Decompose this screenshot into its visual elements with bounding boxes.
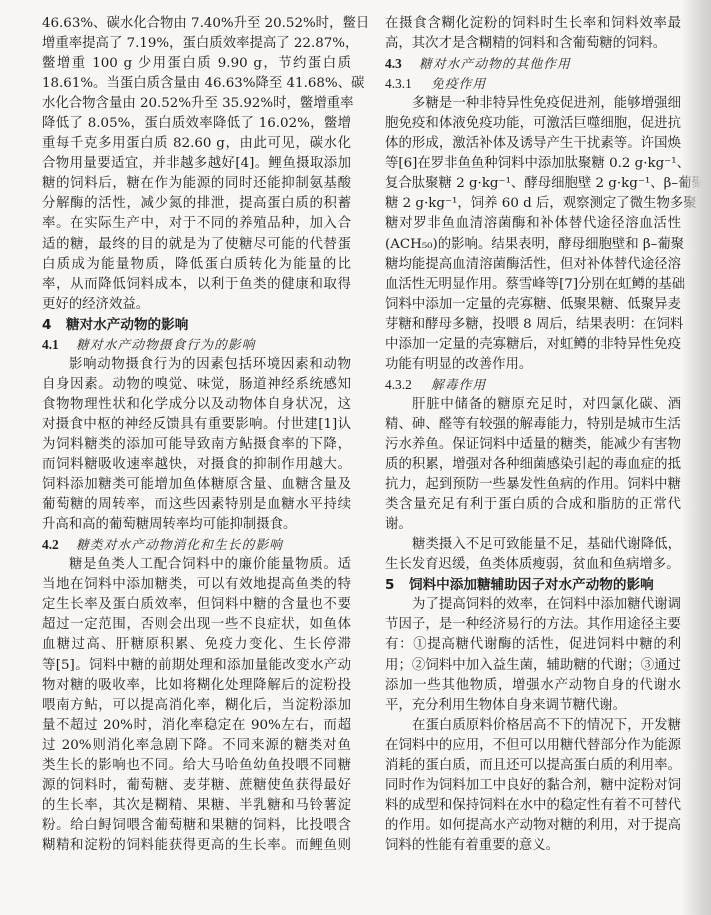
text-line: 等[5]。饲料中糖的前期处理和添加量能改变水产动 [42, 656, 351, 676]
text-line: 对摄食中枢的神经反馈具有重要影响。付世建[1]认 [42, 415, 351, 435]
text-line: 糖 2 g·kg⁻¹，饲养 60 d 后，观察测定了微生物多聚 [385, 194, 681, 214]
heading-title: 解毒作用 [431, 378, 486, 393]
text-line: 粉。给白鲟饲喂含葡萄糖和果糖的饲料，比投喂含 [42, 816, 351, 836]
subsection-heading: 4.1糖对水产动物摄食行为的影响 [42, 335, 351, 355]
text-line: 率，从而降低饲料成本，以利于鱼类的健康和取得 [42, 275, 351, 295]
text-line: 18.61%。当蛋白质含量由 46.63%降至 41.68%、碳 [42, 74, 351, 94]
text-line: 超过一定范围，否则会出现一些不良症状，如鱼体 [42, 615, 351, 635]
text-line: 定生长率及蛋白质效率，但饲料中糖的含量也不要 [42, 595, 351, 615]
subsubsection-heading: 4.3.2解毒作用 [385, 375, 681, 395]
text-line: 影响动物摄食行为的因素包括环境因素和动物 [42, 355, 351, 375]
left-column: 46.63%、碳水化合物由 7.40%升至 20.52%时，鳖日增重率提高了 7… [42, 14, 351, 856]
text-line: 46.63%、碳水化合物由 7.40%升至 20.52%时，鳖日 [42, 14, 351, 34]
text-line: 中添加一定量的壳寡糖后，对虹鳟的非特异性免疫 [385, 335, 681, 355]
text-line: 增重率提高了 7.19%，蛋白质效率提高了 22.87%， [42, 34, 351, 54]
text-line: 量不超过 20%时，消化率稳定在 90%左右，而超 [42, 716, 351, 736]
text-line: 消耗的蛋白质，而且还可以提高蛋白质的利用率。 [385, 756, 681, 776]
text-line: 糊精和淀粉的饲料能获得更高的生长率。而鲤鱼则 [42, 836, 351, 856]
section-heading: 4糖对水产动物的影响 [42, 315, 351, 335]
text-line: 料的成型和保持饲料在水中的稳定性有着不可替代 [385, 796, 681, 816]
text-line: 血活性无明显作用。蔡雪峰等[7]分别在虹鳟的基础 [385, 275, 681, 295]
text-line: 源的饲料时，葡萄糖、麦芽糖、蔗糖使鱼获得最好 [42, 776, 351, 796]
subsection-heading: 4.3糖对水产动物的其他作用 [385, 54, 681, 74]
text-line: 的作用。如何提高水产动物对糖的利用，对于提高 [385, 816, 681, 836]
text-line: 而饲料糖吸收速率越快，对摄食的抑制作用越大。 [42, 455, 351, 475]
text-line: 自身因素。动物的嗅觉、味觉，肠道神经系统感知 [42, 375, 351, 395]
text-line: 质的积累，增强对各种细菌感染引起的毒血症的抵 [385, 455, 681, 475]
text-line: 节因子，是一种经济易行的方法。其作用途径主要 [385, 615, 681, 635]
text-line: 白质成为能量物质，降低蛋白质转化为能量的比 [42, 255, 351, 275]
text-line: 糖类摄入不足可致能量不足，基础代谢降低， [385, 535, 681, 555]
text-line: 等[6]在罗非鱼鱼种饲料中添加肽聚糖 0.2 g·kg⁻¹、 [385, 154, 681, 174]
text-line: 升高和高的葡萄糖周转率均可能抑制摄食。 [42, 515, 351, 535]
text-line: 高，其次才是含糊精的饲料和含葡萄糖的饲料。 [385, 34, 681, 54]
text-line: 有：①提高糖代谢酶的活性，促进饲料中糖的利 [385, 635, 681, 655]
text-line: 类生长的影响也不同。给大马哈鱼幼鱼投喂不同糖 [42, 756, 351, 776]
heading-number: 4.3.2 [385, 375, 431, 395]
text-line: 谢。 [385, 515, 681, 535]
text-line: 分解酶的活性，减少氮的排泄，提高蛋白质的积蓄 [42, 194, 351, 214]
text-line: 的生长率，其次是糊精、果糖、半乳糖和马铃薯淀 [42, 796, 351, 816]
text-line: 芽糖和酵母多糖，投喂 8 周后，结果表明：在饲料 [385, 315, 681, 335]
text-line: 水化合物含量由 20.52%升至 35.92%时，鳖增重率 [42, 94, 351, 114]
text-line: 在摄食含糊化淀粉的饲料时生长率和饲料效率最 [385, 14, 681, 34]
section-heading: 5饲料中添加糖辅助因子对水产动物的影响 [385, 575, 681, 595]
text-line: 糖均能提高血清溶菌酶活性，但对补体替代途径溶 [385, 255, 681, 275]
text-line: 为饲料糖类的添加可能导致南方鲇摄食率的下降， [42, 435, 351, 455]
text-line: 在蛋白质原料价格居高不下的情况下，开发糖 [385, 716, 681, 736]
heading-number: 4.2 [42, 535, 76, 555]
heading-number: 4.3.1 [385, 74, 431, 94]
text-line: 物对糖的吸收率，比如将糊化处理降解后的淀粉投 [42, 676, 351, 696]
text-line: 抗力，起到预防一些暴发性鱼病的作用。饲料中糖 [385, 475, 681, 495]
text-line: 功能有明显的改善作用。 [385, 355, 681, 375]
text-line: 鳖增重 100 g 少用蛋白质 9.90 g，节约蛋白质 [42, 54, 351, 74]
text-line: (ACH₅₀)的影响。结果表明，酵母细胞壁和 β–葡聚 [385, 235, 681, 255]
text-line: 饲料添加糖类可能增加鱼体糖原含量、血糖含量及 [42, 475, 351, 495]
heading-title: 糖对水产动物的影响 [66, 317, 188, 333]
subsubsection-heading: 4.3.1免疫作用 [385, 74, 681, 94]
text-line: 为了提高饲料的效率，在饲料中添加糖代谢调 [385, 595, 681, 615]
heading-title: 糖类对水产动物消化和生长的影响 [76, 538, 283, 553]
text-line: 适的糖，最终的目的就是为了使糖尽可能的代替蛋 [42, 235, 351, 255]
text-line: 饲料中添加一定量的壳寡糖、低聚果糖、低聚异麦 [385, 295, 681, 315]
text-line: 喂南方鲇，可以提高消化率，糊化后，当淀粉添加 [42, 696, 351, 716]
text-line: 多糖是一种非特异性免疫促进剂，能够增强细 [385, 94, 681, 114]
heading-title: 糖对水产动物摄食行为的影响 [76, 338, 255, 353]
right-column: 在摄食含糊化淀粉的饲料时生长率和饲料效率最高，其次才是含糊精的饲料和含葡萄糖的饲… [385, 14, 681, 856]
text-line: 降低了 8.05%，蛋白质效率降低了 16.02%，鳖增 [42, 114, 351, 134]
text-line: 糖对罗非鱼血清溶菌酶和补体替代途径溶血活性 [385, 214, 681, 234]
text-line: 肝脏中储备的糖原充足时，对四氯化碳、酒 [385, 395, 681, 415]
text-line: 复合肽聚糖 2 g·kg⁻¹、酵母细胞壁 2 g·kg⁻¹、β–葡聚 [385, 174, 681, 194]
text-line: 在饲料中的应用，不但可以用糖代替部分作为能源 [385, 736, 681, 756]
text-line: 饲料的性能有着重要的意义。 [385, 836, 681, 856]
text-line: 糖是鱼类人工配合饲料中的廉价能量物质。适 [42, 555, 351, 575]
text-line: 率。在实际生产中，对于不同的养殖品种，加入合 [42, 214, 351, 234]
text-line: 合物用量要适宜，并非越多越好[4]。鲤鱼摄取添加 [42, 154, 351, 174]
heading-number: 4 [42, 315, 66, 335]
text-line: 用；②饲料中加入益生菌，辅助糖的代谢；③通过 [385, 656, 681, 676]
heading-title: 免疫作用 [431, 77, 486, 92]
text-line: 糖的饲料后，糖在作为能源的同时还能抑制氨基酸 [42, 174, 351, 194]
heading-number: 5 [385, 575, 409, 595]
text-line: 平，充分利用生物体自身来调节糖代谢。 [385, 696, 681, 716]
text-line: 过 20%则消化率急剧下降。不同来源的糖类对鱼 [42, 736, 351, 756]
heading-title: 饲料中添加糖辅助因子对水产动物的影响 [409, 577, 654, 593]
subsection-heading: 4.2糖类对水产动物消化和生长的影响 [42, 535, 351, 555]
page-edge-shadow [681, 0, 711, 915]
text-line: 更好的经济效益。 [42, 295, 351, 315]
text-line: 类含量充足有利于蛋白质的合成和脂肪的正常代 [385, 495, 681, 515]
text-line: 食物物理性状和化学成分以及动物体自身状况，这 [42, 395, 351, 415]
text-line: 胞免疫和体液免疫功能，可激活巨噬细胞，促进抗 [385, 114, 681, 134]
text-line: 当地在饲料中添加糖类，可以有效地提高鱼类的特 [42, 575, 351, 595]
text-line: 污水养鱼。保证饲料中适量的糖类，能减少有害物 [385, 435, 681, 455]
text-line: 生长发育迟缓，鱼类体质瘦弱，贫血和鱼病增多。 [385, 555, 681, 575]
text-line: 重每千克多用蛋白质 82.60 g，由此可见，碳水化 [42, 134, 351, 154]
text-line: 血糖过高、肝糖原积累、免疫力变化、生长停滞 [42, 635, 351, 655]
text-line: 体的形成，激活补体及诱导产生干扰素等。许国焕 [385, 134, 681, 154]
heading-number: 4.3 [385, 54, 419, 74]
heading-number: 4.1 [42, 335, 76, 355]
text-line: 精、砷、醛等有较强的解毒能力，特别是城市生活 [385, 415, 681, 435]
text-line: 葡萄糖的周转率，而这些因素特别是血糖水平持续 [42, 495, 351, 515]
text-line: 添加一些其他物质，增强水产动物自身的代谢水 [385, 676, 681, 696]
text-line: 同时作为饲料加工中良好的黏合剂，糖中淀粉对饲 [385, 776, 681, 796]
heading-title: 糖对水产动物的其他作用 [419, 57, 571, 72]
